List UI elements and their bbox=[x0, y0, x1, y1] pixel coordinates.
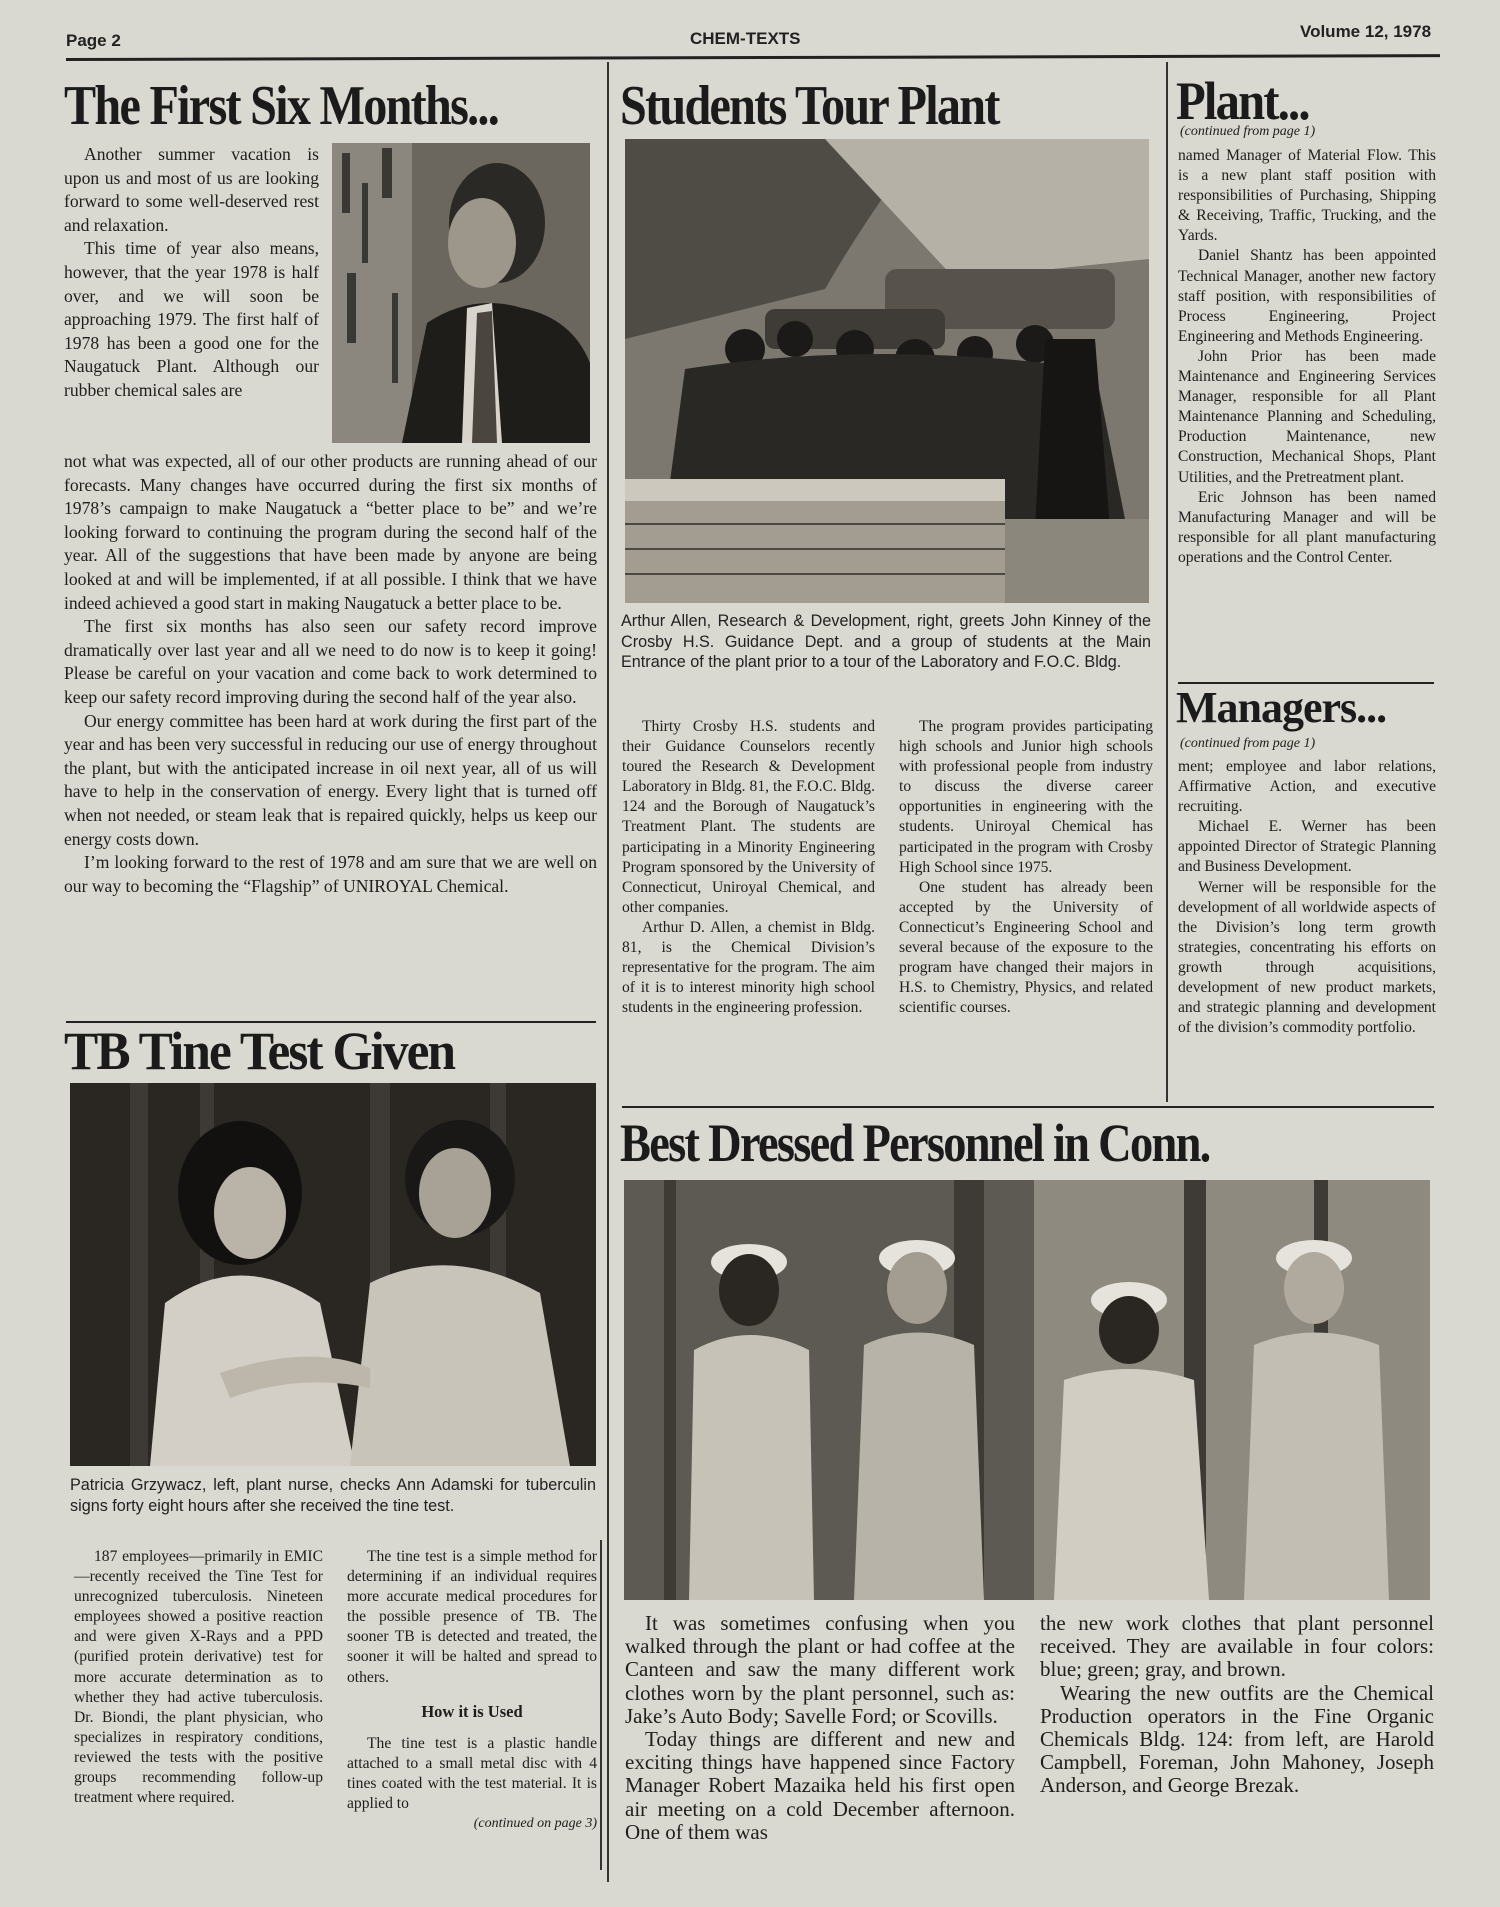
column-divider bbox=[1166, 62, 1168, 1102]
headline-first-six-months: The First Six Months... bbox=[64, 74, 498, 138]
best-dressed-body-col2: the new work clothes that plant personne… bbox=[1040, 1612, 1434, 1798]
portrait-photo bbox=[332, 143, 590, 443]
paragraph: Thirty Crosby H.S. students and their Gu… bbox=[622, 717, 875, 918]
continued-from-page-1: (continued from page 1) bbox=[1180, 736, 1315, 752]
students-tour-photo bbox=[625, 139, 1149, 603]
page-number: Page 2 bbox=[66, 31, 121, 51]
headline-managers-continued: Managers... bbox=[1176, 682, 1386, 733]
paragraph: Daniel Shantz has been appointed Technic… bbox=[1178, 246, 1436, 346]
volume-label: Volume 12, 1978 bbox=[1300, 22, 1431, 42]
publication-name: CHEM-TEXTS bbox=[690, 29, 801, 49]
paragraph: ment; employee and labor relations, Affi… bbox=[1178, 757, 1436, 817]
students-at-plant-entrance-icon bbox=[625, 139, 1149, 603]
tb-body-col2: The tine test is a simple method for det… bbox=[347, 1547, 597, 1834]
paragraph: The first six months has also seen our s… bbox=[64, 615, 597, 709]
section-rule bbox=[622, 1106, 1434, 1108]
subheading-how-it-is-used: How it is Used bbox=[347, 1702, 597, 1722]
headline-best-dressed: Best Dressed Personnel in Conn. bbox=[620, 1112, 1210, 1174]
paragraph: The program provides participating high … bbox=[899, 717, 1153, 878]
headline-tb-tine-test: TB Tine Test Given bbox=[64, 1020, 454, 1082]
paragraph: 187 employees—primarily in EMIC—recently… bbox=[74, 1547, 323, 1808]
paragraph: Michael E. Werner has been appointed Dir… bbox=[1178, 817, 1436, 877]
headline-plant-continued: Plant... bbox=[1176, 70, 1309, 132]
paragraph: One student has already been accepted by… bbox=[899, 878, 1153, 1019]
paragraph: This time of year also means, however, t… bbox=[64, 237, 319, 402]
article-body-intro: Another summer vacation is upon us and m… bbox=[64, 143, 319, 403]
paragraph: Another summer vacation is upon us and m… bbox=[64, 143, 319, 237]
students-body-col1: Thirty Crosby H.S. students and their Gu… bbox=[622, 717, 875, 1018]
paragraph: the new work clothes that plant personne… bbox=[1040, 1612, 1434, 1682]
article-body-main: not what was expected, all of our other … bbox=[64, 450, 597, 898]
managers-body: ment; employee and labor relations, Affi… bbox=[1178, 757, 1436, 1038]
column-divider bbox=[600, 1540, 602, 1870]
paragraph: Eric Johnson has been named Manufacturin… bbox=[1178, 488, 1436, 568]
tb-photo-caption: Patricia Grzywacz, left, plant nurse, ch… bbox=[70, 1475, 596, 1516]
column-divider bbox=[607, 62, 609, 1882]
paragraph: Werner will be responsible for the devel… bbox=[1178, 878, 1436, 1039]
paragraph: Arthur D. Allen, a chemist in Bldg. 81, … bbox=[622, 918, 875, 1018]
continued-from-page-1: (continued from page 1) bbox=[1180, 124, 1315, 140]
paragraph: Today things are different and new and e… bbox=[625, 1728, 1015, 1844]
best-dressed-photo bbox=[624, 1180, 1430, 1600]
portrait-man-in-suit-icon bbox=[332, 143, 590, 443]
students-photo-caption: Arthur Allen, Research & Development, ri… bbox=[621, 611, 1151, 673]
paragraph: Wearing the new outfits are the Chemical… bbox=[1040, 1682, 1434, 1798]
paragraph: I’m looking forward to the rest of 1978 … bbox=[64, 851, 597, 898]
paragraph: not what was expected, all of our other … bbox=[64, 450, 597, 615]
header-rule bbox=[66, 54, 1440, 61]
paragraph: Our energy committee has been hard at wo… bbox=[64, 710, 597, 852]
tb-body-col1: 187 employees—primarily in EMIC—recently… bbox=[74, 1547, 323, 1808]
continued-on-page-3: (continued on page 3) bbox=[347, 1814, 597, 1834]
students-body-col2: The program provides participating high … bbox=[899, 717, 1153, 1018]
paragraph: John Prior has been made Maintenance and… bbox=[1178, 347, 1436, 488]
paragraph: The tine test is a simple method for det… bbox=[347, 1547, 597, 1688]
headline-students-tour-plant: Students Tour Plant bbox=[620, 74, 999, 138]
paragraph: named Manager of Material Flow. This is … bbox=[1178, 146, 1436, 246]
plant-body: named Manager of Material Flow. This is … bbox=[1178, 146, 1436, 568]
nurse-checking-arm-icon bbox=[70, 1083, 596, 1466]
tb-test-photo bbox=[70, 1083, 596, 1466]
four-workers-in-hard-hats-icon bbox=[624, 1180, 1430, 1600]
best-dressed-body-col1: It was sometimes confusing when you walk… bbox=[625, 1612, 1015, 1844]
paragraph: The tine test is a plastic handle attach… bbox=[347, 1734, 597, 1814]
paragraph: It was sometimes confusing when you walk… bbox=[625, 1612, 1015, 1728]
